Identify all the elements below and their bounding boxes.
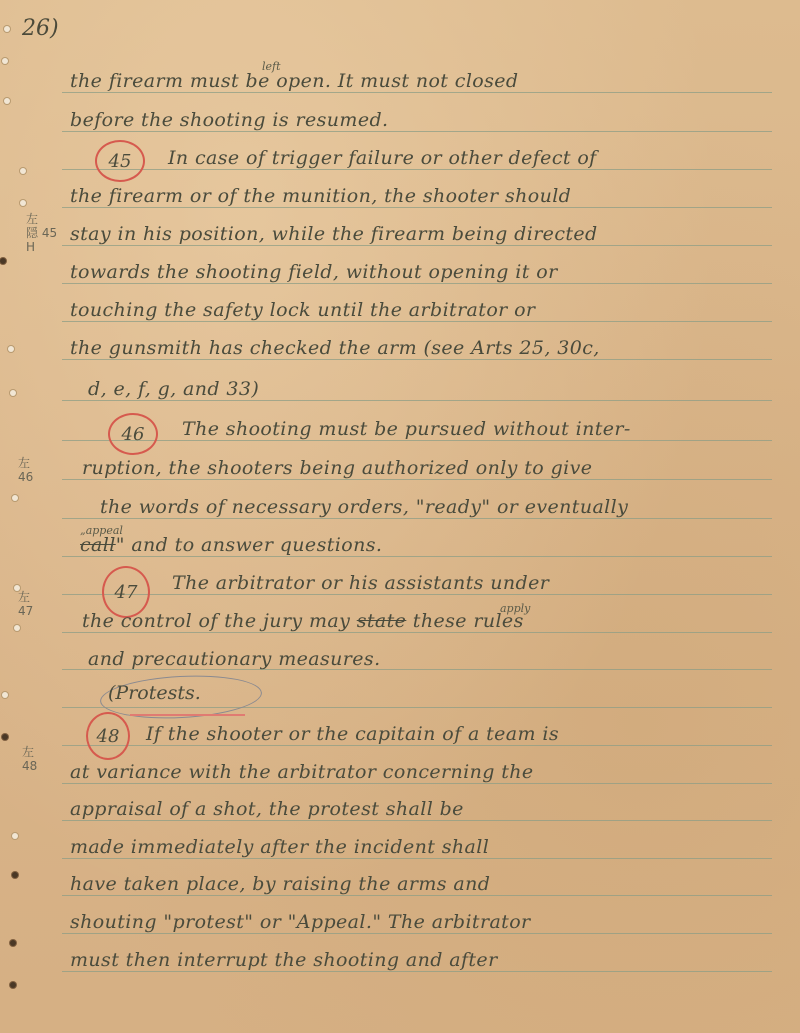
binder-hole bbox=[2, 58, 8, 64]
text-line-23: must then interrupt the shooting and aft… bbox=[70, 949, 498, 971]
text-line-7: touching the safety lock until the arbit… bbox=[70, 299, 535, 321]
text-line-17: If the shooter or the capitain of a team… bbox=[146, 723, 559, 745]
text-segment: the firearm must be bbox=[70, 70, 270, 92]
binder-hole bbox=[4, 26, 10, 32]
ruled-line bbox=[62, 933, 772, 934]
ruled-line bbox=[62, 207, 772, 208]
ruled-line bbox=[62, 169, 772, 170]
binder-hole bbox=[10, 390, 16, 396]
text-segment: If the shooter or the capitain of a team… bbox=[146, 723, 559, 745]
binder-hole bbox=[0, 258, 6, 264]
section-heading-protests: (Protests. bbox=[108, 682, 201, 704]
ruled-line bbox=[62, 632, 772, 633]
ruled-line bbox=[62, 283, 772, 284]
text-line-20: made immediately after the incident shal… bbox=[70, 836, 489, 858]
binder-hole bbox=[8, 346, 14, 352]
text-line-3: In case of trigger failure or other defe… bbox=[168, 147, 597, 169]
text-segment: The shooting must be pursued without int… bbox=[182, 418, 631, 440]
binder-hole bbox=[20, 168, 26, 174]
article-reference: 25 bbox=[519, 337, 544, 359]
text-segment: the control of the jury may bbox=[82, 610, 350, 632]
ruled-line bbox=[62, 820, 772, 821]
text-line-19: appraisal of a shot, the protest shall b… bbox=[70, 798, 464, 820]
text-line-11: ruption, the shooters being authorized o… bbox=[82, 457, 592, 479]
inserted-word: left bbox=[262, 60, 281, 73]
ruled-line bbox=[62, 400, 772, 401]
text-segment: towards the shooting field, without open… bbox=[70, 261, 558, 283]
margin-note-45: 左 隠 45 H bbox=[26, 212, 57, 254]
section-number-48: 48 bbox=[86, 712, 130, 760]
text-line-15: the control of the jury may state these … bbox=[82, 610, 524, 632]
text-line-1: the firearm must be open. It must not cl… bbox=[70, 70, 519, 92]
ruled-line bbox=[62, 479, 772, 480]
text-line-10: The shooting must be pursued without int… bbox=[182, 418, 631, 440]
text-line-14: The arbitrator or his assistants under bbox=[172, 572, 549, 594]
text-line-9: d, e, f, g, and 33) bbox=[88, 378, 259, 400]
binder-hole bbox=[10, 982, 16, 988]
text-line-12: the words of necessary orders, "ready" o… bbox=[100, 496, 628, 518]
ruled-line bbox=[62, 321, 772, 322]
text-segment: the words of necessary orders, "ready" o… bbox=[100, 496, 628, 518]
text-segment: made immediately after the incident shal… bbox=[70, 836, 489, 858]
text-segment: In case of trigger failure or other defe… bbox=[168, 147, 597, 169]
struck-word: call bbox=[80, 534, 116, 556]
text-line-4: the firearm or of the munition, the shoo… bbox=[70, 185, 571, 207]
text-segment: " and to answer questions. bbox=[116, 534, 383, 556]
text-segment: at variance with the arbitrator concerni… bbox=[70, 761, 534, 783]
binder-hole bbox=[12, 495, 18, 501]
text-segment: ruption, the shooters being authorized o… bbox=[82, 457, 592, 479]
text-segment: and precautionary measures. bbox=[88, 648, 381, 670]
text-line-21: have taken place, by raising the arms an… bbox=[70, 873, 490, 895]
ruled-line bbox=[62, 858, 772, 859]
text-line-16: and precautionary measures. bbox=[88, 648, 381, 670]
text-segment: shouting "protest" or "Appeal." The arbi… bbox=[70, 911, 531, 933]
ruled-line bbox=[62, 783, 772, 784]
section-number-46: 46 bbox=[108, 413, 158, 455]
text-segment: the gunsmith has checked the arm (see Ar… bbox=[70, 337, 513, 359]
ruled-line bbox=[62, 518, 772, 519]
text-segment: open. It must not closed bbox=[276, 70, 518, 92]
text-segment: , 30c, bbox=[544, 337, 599, 359]
margin-note-48: 左 48 bbox=[22, 745, 37, 773]
section-number-45: 45 bbox=[95, 140, 145, 182]
text-segment: touching the safety lock until the arbit… bbox=[70, 299, 535, 321]
text-line-22: shouting "protest" or "Appeal." The arbi… bbox=[70, 911, 531, 933]
ruled-line bbox=[62, 745, 772, 746]
text-segment: have taken place, by raising the arms an… bbox=[70, 873, 490, 895]
ruled-line bbox=[62, 131, 772, 132]
text-line-18: at variance with the arbitrator concerni… bbox=[70, 761, 534, 783]
margin-note-46: 左 46 bbox=[18, 456, 33, 484]
page-number: 26) bbox=[22, 16, 59, 41]
binder-hole bbox=[20, 200, 26, 206]
text-segment: appraisal of a shot, the protest shall b… bbox=[70, 798, 464, 820]
struck-word: state bbox=[357, 610, 407, 632]
ruled-line bbox=[62, 895, 772, 896]
ruled-line bbox=[62, 594, 772, 595]
ruled-line bbox=[62, 971, 772, 972]
text-segment: The arbitrator or his assistants under bbox=[172, 572, 549, 594]
binder-hole bbox=[12, 872, 18, 878]
text-line-5: stay in his position, while the firearm … bbox=[70, 223, 598, 245]
text-segment: these rules bbox=[413, 610, 524, 632]
ruled-line bbox=[62, 245, 772, 246]
text-segment: must then interrupt the shooting and aft… bbox=[70, 949, 498, 971]
text-segment: before the shooting is resumed. bbox=[70, 109, 388, 131]
binder-hole bbox=[4, 98, 10, 104]
text-segment: stay in his position, while the firearm … bbox=[70, 223, 598, 245]
binder-hole bbox=[2, 692, 8, 698]
ruled-line bbox=[62, 440, 772, 441]
text-segment: the firearm or of the munition, the shoo… bbox=[70, 185, 571, 207]
text-line-2: before the shooting is resumed. bbox=[70, 109, 388, 131]
text-line-8: the gunsmith has checked the arm (see Ar… bbox=[70, 337, 600, 359]
text-segment: d, e, f, g, and 33) bbox=[88, 378, 259, 400]
ruled-line bbox=[62, 359, 772, 360]
ruled-line bbox=[62, 92, 772, 93]
binder-hole bbox=[10, 940, 16, 946]
text-line-13: call" and to answer questions. bbox=[80, 534, 382, 556]
binder-hole bbox=[2, 734, 8, 740]
heading-underline bbox=[130, 714, 245, 716]
binder-hole bbox=[14, 625, 20, 631]
text-line-6: towards the shooting field, without open… bbox=[70, 261, 558, 283]
ruled-line bbox=[62, 556, 772, 557]
margin-note-47: 左 47 bbox=[18, 590, 33, 618]
binder-hole bbox=[12, 833, 18, 839]
